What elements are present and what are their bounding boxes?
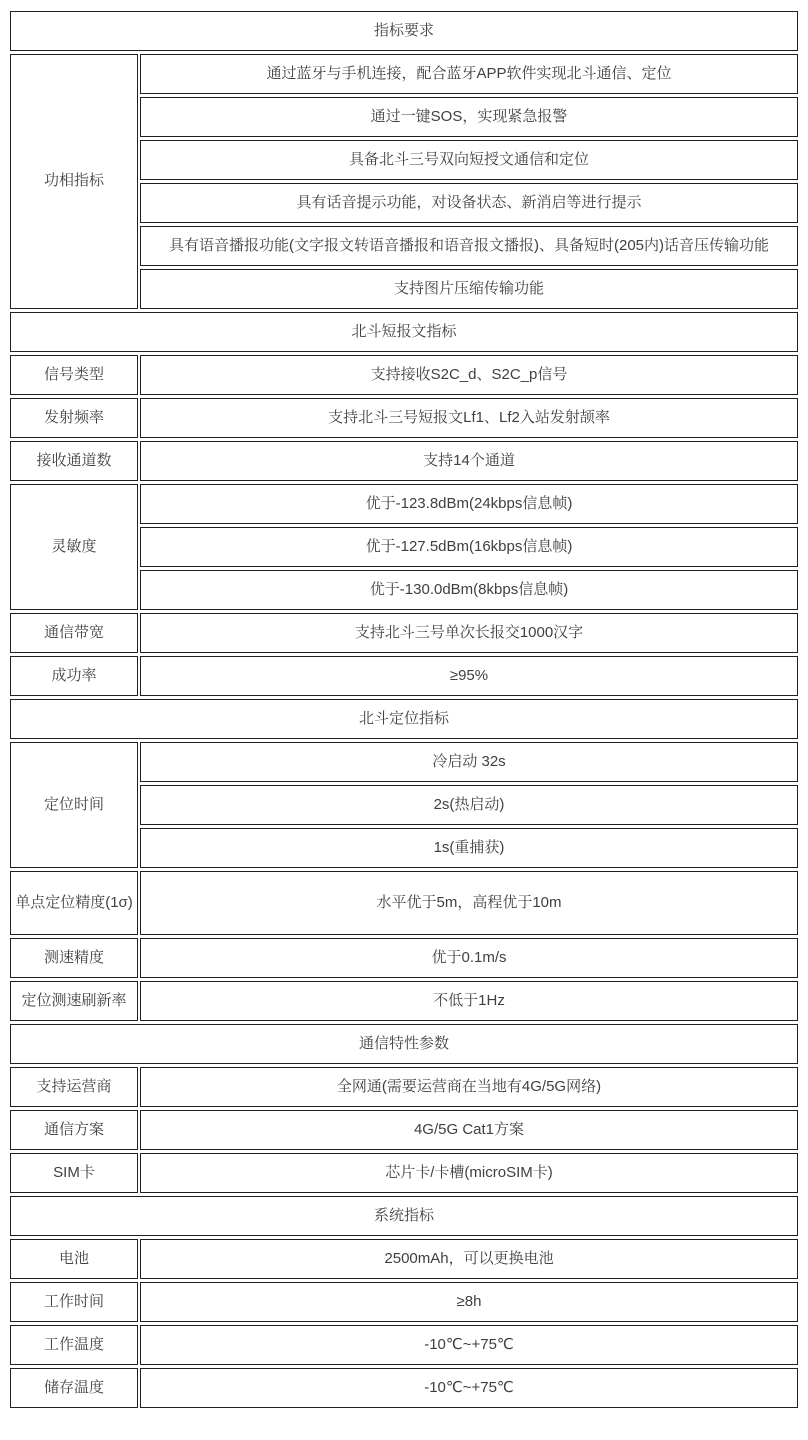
table-row: 功相指标 通过蓝牙与手机连接，配合蓝牙APP软件实现北斗通信、定位 (10, 54, 798, 94)
table-row: SIM卡 芯片卡/卡槽(microSIM卡) (10, 1153, 798, 1193)
spec-value: 支持接收S2C_d、S2C_p信号 (140, 355, 798, 395)
spec-label-velocity: 测速精度 (10, 938, 138, 978)
table-row: 成功率 ≥95% (10, 656, 798, 696)
spec-value: 支持北斗三号单次长报交1000汉字 (140, 613, 798, 653)
table-row: 工作温度 -10℃~+75℃ (10, 1325, 798, 1365)
spec-value: ≥95% (140, 656, 798, 696)
spec-table: 指标要求 功相指标 通过蓝牙与手机连接，配合蓝牙APP软件实现北斗通信、定位 通… (8, 8, 800, 1411)
table-row: 测速精度 优于0.1m/s (10, 938, 798, 978)
spec-value: 2500mAh，可以更换电池 (140, 1239, 798, 1279)
spec-value: 优于0.1m/s (140, 938, 798, 978)
spec-value: 优于-127.5dBm(16kbps信息帧) (140, 527, 798, 567)
spec-value: -10℃~+75℃ (140, 1368, 798, 1408)
table-row: 通信带宽 支持北斗三号单次长报交1000汉字 (10, 613, 798, 653)
spec-value: 1s(重捕获) (140, 828, 798, 868)
spec-label-fixtime: 定位时间 (10, 742, 138, 868)
spec-value: 冷启动 32s (140, 742, 798, 782)
spec-label-accuracy: 单点定位精度(1σ) (10, 871, 138, 935)
spec-label-battery: 电池 (10, 1239, 138, 1279)
spec-label-signal: 信号类型 (10, 355, 138, 395)
table-row: 电池 2500mAh，可以更换电池 (10, 1239, 798, 1279)
spec-label-sim: SIM卡 (10, 1153, 138, 1193)
section-row: 北斗定位指标 (10, 699, 798, 739)
spec-value: 支持北斗三号短报文Lf1、Lf2入站发射颉率 (140, 398, 798, 438)
spec-value: 支持14个通道 (140, 441, 798, 481)
spec-value: 2s(热启动) (140, 785, 798, 825)
table-row: 信号类型 支持接收S2C_d、S2C_p信号 (10, 355, 798, 395)
section-header-sys: 系统指标 (10, 1196, 798, 1236)
spec-value: 水平优于5m，高程优于10m (140, 871, 798, 935)
section-header-rdss: 北斗短报文指标 (10, 312, 798, 352)
spec-value: 优于-130.0dBm(8kbps信息帧) (140, 570, 798, 610)
spec-label-success: 成功率 (10, 656, 138, 696)
section-header-rnss: 北斗定位指标 (10, 699, 798, 739)
page: 指标要求 功相指标 通过蓝牙与手机连接，配合蓝牙APP软件实现北斗通信、定位 通… (0, 0, 808, 1411)
table-row: 发射频率 支持北斗三号短报文Lf1、Lf2入站发射颉率 (10, 398, 798, 438)
spec-value: 具备北斗三号双向短授文通信和定位 (140, 140, 798, 180)
spec-label-carrier: 支持运营商 (10, 1067, 138, 1107)
spec-value: 支持图片压缩传输功能 (140, 269, 798, 309)
spec-label-refresh: 定位测速刷新率 (10, 981, 138, 1021)
spec-label-txfreq: 发射频率 (10, 398, 138, 438)
spec-label-sensitivity: 灵敏度 (10, 484, 138, 610)
spec-label-channels: 接收通道数 (10, 441, 138, 481)
spec-label-scheme: 通信方案 (10, 1110, 138, 1150)
spec-label-bandwidth: 通信带宽 (10, 613, 138, 653)
spec-value: 具有语音播报功能(文字报文转语音播报和语音报文播报)、具备短时(205内)话音压… (140, 226, 798, 266)
spec-value: 通过蓝牙与手机连接，配合蓝牙APP软件实现北斗通信、定位 (140, 54, 798, 94)
table-row: 灵敏度 优于-123.8dBm(24kbps信息帧) (10, 484, 798, 524)
table-row: 单点定位精度(1σ) 水平优于5m，高程优于10m (10, 871, 798, 935)
spec-label-storagetemp: 储存温度 (10, 1368, 138, 1408)
table-row: 通信方案 4G/5G Cat1方案 (10, 1110, 798, 1150)
table-row: 储存温度 -10℃~+75℃ (10, 1368, 798, 1408)
spec-value: 通过一键SOS，实现紧急报警 (140, 97, 798, 137)
section-row: 系统指标 (10, 1196, 798, 1236)
spec-value: 具有话音提示功能，对设备状态、新消启等进行提示 (140, 183, 798, 223)
spec-value: 优于-123.8dBm(24kbps信息帧) (140, 484, 798, 524)
spec-value: 4G/5G Cat1方案 (140, 1110, 798, 1150)
spec-value: 不低于1Hz (140, 981, 798, 1021)
table-row: 定位时间 冷启动 32s (10, 742, 798, 782)
spec-value: ≥8h (140, 1282, 798, 1322)
spec-value: -10℃~+75℃ (140, 1325, 798, 1365)
spec-label-worktemp: 工作温度 (10, 1325, 138, 1365)
table-row: 定位测速刷新率 不低于1Hz (10, 981, 798, 1021)
spec-label-function: 功相指标 (10, 54, 138, 309)
spec-value: 全网通(需要运营商在当地有4G/5G网络) (140, 1067, 798, 1107)
section-row: 北斗短报文指标 (10, 312, 798, 352)
spec-value: 芯片卡/卡槽(microSIM卡) (140, 1153, 798, 1193)
table-title: 指标要求 (10, 11, 798, 51)
table-title-row: 指标要求 (10, 11, 798, 51)
spec-label-worktime: 工作时间 (10, 1282, 138, 1322)
table-row: 支持运营商 全网通(需要运营商在当地有4G/5G网络) (10, 1067, 798, 1107)
section-row: 通信特性参数 (10, 1024, 798, 1064)
table-row: 接收通道数 支持14个通道 (10, 441, 798, 481)
section-header-comm: 通信特性参数 (10, 1024, 798, 1064)
table-row: 工作时间 ≥8h (10, 1282, 798, 1322)
